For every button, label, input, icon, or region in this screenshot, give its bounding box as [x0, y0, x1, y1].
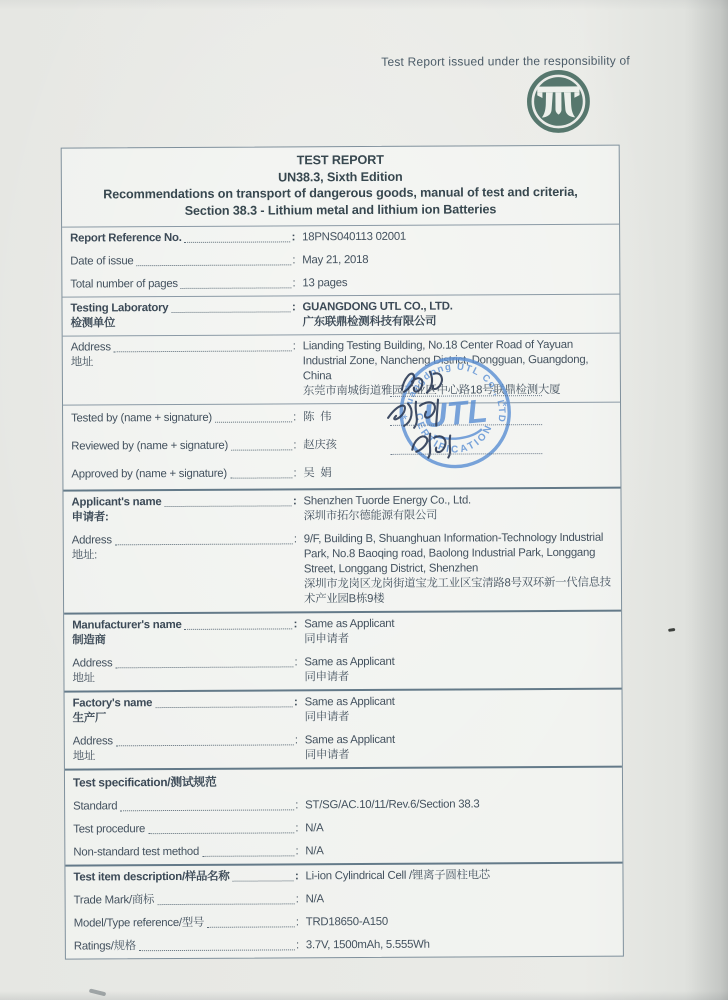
- field-value-line: 广东联鼎检测科技有限公司: [303, 314, 612, 331]
- field-value-line: Same as Applicant: [304, 654, 613, 671]
- scan-content: Test Report issued under the responsibil…: [0, 0, 728, 1000]
- table-row: Date of issue:May 21, 2018: [62, 248, 619, 274]
- field-value-line: Same as Applicant: [304, 616, 613, 633]
- field-value: Same as Applicant同申请者: [297, 654, 613, 686]
- table-row: Manufacturer's name:制造商Same as Applicant…: [64, 612, 621, 653]
- field-value: Same as Applicant同申请者: [298, 694, 614, 726]
- field-value-line: 9/F, Building B, Shuanghuan Information-…: [304, 531, 613, 578]
- field-label: Tested by (name + signature):: [71, 411, 296, 427]
- report-title-line: Recommendations on transport of dangerou…: [66, 184, 615, 203]
- dotted-leader: [181, 277, 292, 290]
- field-value-line: GUANGDONG UTL CO., LTD.: [302, 299, 611, 316]
- field-label-chinese: 地址: [73, 749, 298, 765]
- table-row: Standard:ST/SG/AC.10/11/Rev.6/Section 38…: [65, 793, 622, 819]
- field-label-text: Non-standard test method: [73, 845, 199, 861]
- field-label: Reviewed by (name + signature):: [71, 439, 296, 455]
- scan-speck: [668, 628, 675, 632]
- dotted-leader: [116, 734, 294, 747]
- dotted-leader: [185, 618, 293, 631]
- field-value: May 21, 2018: [295, 252, 611, 269]
- table-row: Test item description/样品名称:Li-ion Cylind…: [65, 864, 622, 890]
- utl-logo-icon: [524, 69, 592, 135]
- dotted-leader: [139, 939, 295, 952]
- field-value-line: Same as Applicant: [305, 732, 614, 749]
- field-label: Factory's name:生产厂: [73, 696, 298, 727]
- field-label: Address:地址: [71, 340, 296, 401]
- field-label-text: Address: [72, 657, 112, 672]
- field-value: 9/F, Building B, Shuanghuan Information-…: [297, 531, 613, 608]
- table-row: Test specification/测试规范: [65, 768, 622, 796]
- field-value: 3.7V, 1500mAh, 5.555Wh: [299, 937, 615, 954]
- table-section: Report Reference No.:18PNS040113 02001Da…: [62, 224, 619, 297]
- field-label-text: Applicant's name: [71, 495, 161, 510]
- field-label-text: Factory's name: [73, 696, 153, 711]
- field-label: Approved by (name + signature):: [71, 467, 296, 483]
- field-value-line: 13 pages: [302, 275, 611, 292]
- field-label: Test procedure:: [73, 822, 298, 838]
- field-label: Standard:: [73, 799, 298, 815]
- responsibility-note: Test Report issued under the responsibil…: [381, 54, 630, 69]
- field-label-text: Test procedure: [73, 823, 145, 838]
- section-heading-text: Test specification/测试规范: [73, 775, 217, 790]
- signature-tested-by-2: [427, 372, 442, 393]
- field-value: Same as Applicant同申请者: [298, 732, 614, 764]
- table-row: Total number of pages:13 pages: [62, 271, 619, 297]
- field-value: 13 pages: [295, 275, 611, 292]
- field-label-text: Tested by (name + signature): [71, 411, 212, 427]
- field-value-line: 深圳市龙岗区龙岗街道宝龙工业区宝清路8号双环新一代信息技术产业园B栋9楼: [304, 576, 613, 608]
- table-section: TEST REPORTUN38.3, Sixth EditionRecommen…: [62, 146, 619, 227]
- field-label: Address:地址: [72, 656, 297, 687]
- field-value: TRD18650-A150: [299, 914, 615, 931]
- field-label-text: Address: [72, 534, 112, 549]
- field-label-text: Ratings/规格: [74, 940, 136, 955]
- dotted-leader: [157, 893, 295, 906]
- field-value-line: 18PNS040113 02001: [302, 229, 611, 246]
- field-label-text: Trade Mark/商标: [74, 893, 155, 908]
- field-label-text: Model/Type reference/型号: [74, 916, 204, 932]
- field-label: Trade Mark/商标:: [74, 893, 299, 909]
- field-label-chinese: 地址: [71, 355, 296, 371]
- table-section: Manufacturer's name:制造商Same as Applicant…: [64, 610, 621, 691]
- dotted-leader: [164, 495, 292, 508]
- table-section: Test item description/样品名称:Li-ion Cylind…: [65, 862, 622, 959]
- field-value-line: ST/SG/AC.10/11/Rev.6/Section 38.3: [305, 797, 614, 814]
- field-value-line: Shenzhen Tuorde Energy Co., Ltd.: [303, 493, 612, 510]
- table-section: Testing Laboratory:检测单位GUANGDONG UTL CO.…: [62, 294, 619, 336]
- field-value: GUANGDONG UTL CO., LTD.广东联鼎检测科技有限公司: [295, 299, 611, 331]
- field-value-line: 同申请者: [305, 709, 614, 726]
- report-title-block: TEST REPORTUN38.3, Sixth EditionRecommen…: [62, 146, 619, 227]
- field-label: Total number of pages:: [70, 277, 295, 293]
- table-row: Trade Mark/商标:N/A: [66, 887, 623, 913]
- dotted-leader: [202, 845, 294, 857]
- table-section: Factory's name:生产厂Same as Applicant同申请者A…: [65, 688, 622, 769]
- scan-edge-mark: [89, 988, 106, 995]
- dotted-leader: [231, 439, 292, 451]
- signature-tested-by: [402, 374, 422, 392]
- dotted-leader: [120, 799, 294, 812]
- dotted-leader: [185, 231, 291, 244]
- field-value-line: N/A: [305, 820, 614, 837]
- field-label-text: Date of issue: [70, 255, 133, 270]
- table-row: Address:地址Same as Applicant同申请者: [64, 650, 621, 691]
- scanned-test-report-page: Test Report issued under the responsibil…: [0, 0, 728, 1000]
- table-section: Applicant's name:申请者:Shenzhen Tuorde Ene…: [63, 487, 621, 613]
- table-row: Factory's name:生产厂Same as Applicant同申请者: [65, 690, 622, 731]
- field-value-line: Li-ion Cylindrical Cell /锂离子圆柱电芯: [305, 868, 614, 885]
- table-row: Address:地址:9/F, Building B, Shuanghuan I…: [64, 527, 621, 613]
- field-label-text: Manufacturer's name: [72, 618, 181, 634]
- field-label-chinese: 生产厂: [73, 711, 298, 727]
- field-label-chinese: 申请者:: [72, 510, 297, 526]
- field-value: Shenzhen Tuorde Energy Co., Ltd.深圳市拓尔德能源…: [296, 493, 612, 525]
- field-label-text: Address: [73, 735, 113, 750]
- dotted-leader: [232, 870, 294, 882]
- field-value: N/A: [298, 843, 614, 860]
- field-label: Test specification/测试规范: [73, 775, 217, 791]
- field-label: Address:地址: [73, 734, 298, 765]
- field-label: Manufacturer's name:制造商: [72, 618, 297, 649]
- field-label-chinese: 地址:: [72, 548, 297, 564]
- table-row: Testing Laboratory:检测单位GUANGDONG UTL CO.…: [62, 295, 619, 336]
- table-row: Ratings/规格:3.7V, 1500mAh, 5.555Wh: [66, 933, 623, 959]
- field-label-chinese: 检测单位: [71, 316, 296, 332]
- field-value-line: TRD18650-A150: [306, 914, 615, 931]
- field-label: Model/Type reference/型号:: [74, 916, 299, 932]
- field-value: N/A: [299, 891, 615, 908]
- field-label-chinese: 地址: [72, 671, 297, 687]
- dotted-leader: [155, 696, 293, 709]
- field-value-line: May 21, 2018: [302, 252, 611, 269]
- field-label-text: Report Reference No.: [70, 231, 182, 247]
- table-row: Non-standard test method:N/A: [65, 839, 622, 865]
- field-value-line: N/A: [306, 891, 615, 908]
- table-row: Model/Type reference/型号:TRD18650-A150: [66, 910, 623, 936]
- field-label: Applicant's name:申请者:: [71, 495, 296, 526]
- dotted-leader: [215, 411, 292, 423]
- dotted-leader: [207, 916, 295, 928]
- field-value: N/A: [298, 820, 614, 837]
- signature-reviewed-by: [388, 400, 438, 428]
- dotted-leader: [148, 822, 294, 835]
- field-value: ST/SG/AC.10/11/Rev.6/Section 38.3: [298, 797, 614, 814]
- dotted-leader: [114, 340, 292, 353]
- field-value: 18PNS040113 02001: [295, 229, 611, 246]
- field-label: Ratings/规格:: [74, 939, 299, 955]
- dotted-leader: [115, 656, 293, 669]
- field-value: Same as Applicant同申请者: [297, 616, 613, 648]
- field-value-line: 同申请者: [305, 747, 614, 764]
- table-row: Test procedure:N/A: [65, 816, 622, 842]
- field-label: Date of issue:: [70, 254, 295, 270]
- field-label: Report Reference No.:: [70, 231, 295, 247]
- field-label-text: Test item description/样品名称: [73, 870, 229, 886]
- field-value-line: 同申请者: [304, 631, 613, 648]
- field-label: Testing Laboratory:检测单位: [70, 301, 295, 332]
- field-label-text: Reviewed by (name + signature): [71, 439, 228, 455]
- table-row: Report Reference No.:18PNS040113 02001: [62, 225, 619, 251]
- table-row: Applicant's name:申请者:Shenzhen Tuorde Ene…: [63, 489, 620, 530]
- field-value: Li-ion Cylindrical Cell /锂离子圆柱电芯: [298, 868, 614, 885]
- field-label-text: Standard: [73, 800, 117, 815]
- field-value-line: 深圳市拓尔德能源有限公司: [304, 508, 613, 525]
- field-value-line: 同申请者: [304, 669, 613, 686]
- field-value-line: Same as Applicant: [305, 694, 614, 711]
- field-label-text: Total number of pages: [70, 277, 178, 293]
- field-label-text: Testing Laboratory: [70, 301, 168, 317]
- report-table: TEST REPORTUN38.3, Sixth EditionRecommen…: [61, 145, 624, 960]
- dotted-leader: [171, 301, 291, 314]
- field-label: Test item description/样品名称:: [73, 870, 298, 886]
- dotted-leader: [115, 533, 293, 546]
- dotted-leader: [230, 467, 293, 479]
- table-section: Test specification/测试规范Standard:ST/SG/AC…: [65, 766, 622, 865]
- field-label-text: Approved by (name + signature): [71, 467, 227, 483]
- table-row: Address:地址Same as Applicant同申请者: [65, 728, 622, 769]
- field-value-line: N/A: [305, 843, 614, 860]
- field-value-line: 3.7V, 1500mAh, 5.555Wh: [306, 937, 615, 954]
- field-label: Address:地址:: [72, 533, 297, 609]
- field-label-text: Address: [71, 341, 111, 356]
- field-label: Non-standard test method:: [73, 845, 298, 861]
- report-title-line: Section 38.3 - Lithium metal and lithium…: [66, 200, 615, 219]
- dotted-leader: [136, 254, 291, 267]
- field-label-chinese: 制造商: [72, 633, 297, 649]
